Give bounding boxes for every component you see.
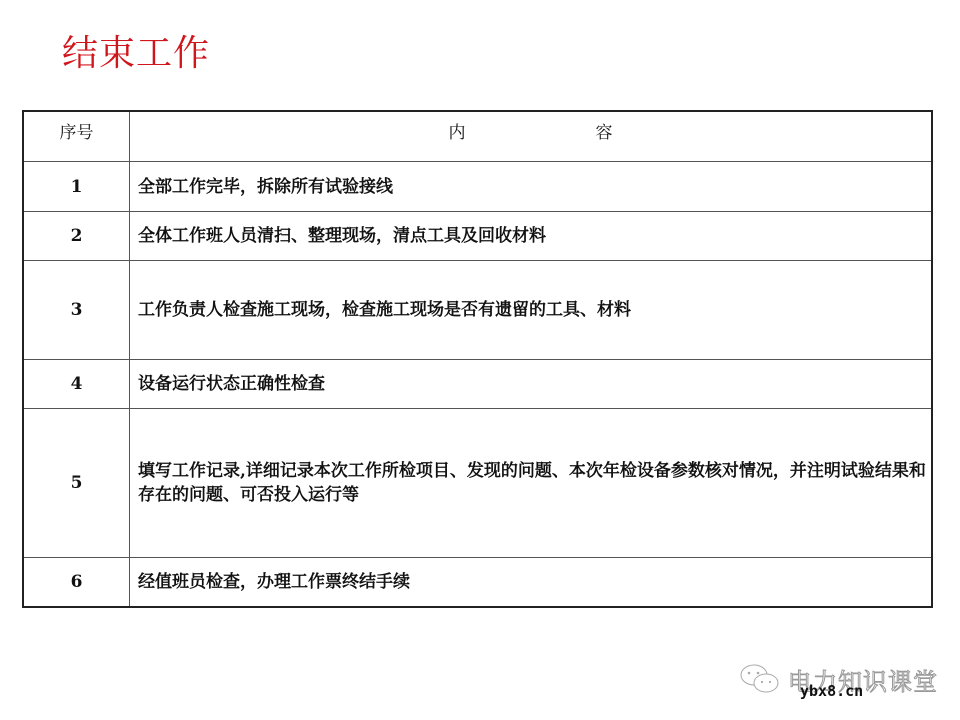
table-row: 2 全体工作班人员清扫、整理现场，清点工具及回收材料 bbox=[23, 212, 932, 261]
row-content: 填写工作记录,详细记录本次工作所检项目、发现的问题、本次年检设备参数核对情况，并… bbox=[130, 409, 933, 558]
row-content: 经值班员检查，办理工作票终结手续 bbox=[130, 558, 933, 608]
table-header-row: 序号 内容 bbox=[23, 111, 932, 162]
header-content-part2: 容 bbox=[596, 118, 613, 143]
table-row: 4 设备运行状态正确性检查 bbox=[23, 360, 932, 409]
row-num: 6 bbox=[23, 558, 130, 608]
row-num: 4 bbox=[23, 360, 130, 409]
row-num: 2 bbox=[23, 212, 130, 261]
work-steps-table: 序号 内容 1 全部工作完毕，拆除所有试验接线 2 全体工作班人员清扫、整理现场… bbox=[22, 110, 933, 608]
table-row: 1 全部工作完毕，拆除所有试验接线 bbox=[23, 162, 932, 212]
row-content: 全体工作班人员清扫、整理现场，清点工具及回收材料 bbox=[130, 212, 933, 261]
header-num: 序号 bbox=[23, 111, 130, 162]
row-content: 全部工作完毕，拆除所有试验接线 bbox=[130, 162, 933, 212]
wechat-icon bbox=[738, 662, 782, 698]
table-row: 5 填写工作记录,详细记录本次工作所检项目、发现的问题、本次年检设备参数核对情况… bbox=[23, 409, 932, 558]
row-num: 3 bbox=[23, 261, 130, 360]
header-content: 内容 bbox=[130, 111, 933, 162]
row-num: 1 bbox=[23, 162, 130, 212]
slide-title: 结束工作 bbox=[62, 30, 210, 78]
watermark: 电力知识课堂 ybx8.cn bbox=[738, 660, 938, 700]
table-row: 3 工作负责人检查施工现场，检查施工现场是否有遗留的工具、材料 bbox=[23, 261, 932, 360]
watermark-url: ybx8.cn bbox=[800, 682, 863, 700]
header-content-part1: 内 bbox=[449, 118, 466, 143]
table-row: 6 经值班员检查，办理工作票终结手续 bbox=[23, 558, 932, 608]
row-num: 5 bbox=[23, 409, 130, 558]
row-content: 设备运行状态正确性检查 bbox=[130, 360, 933, 409]
row-content: 工作负责人检查施工现场，检查施工现场是否有遗留的工具、材料 bbox=[130, 261, 933, 360]
